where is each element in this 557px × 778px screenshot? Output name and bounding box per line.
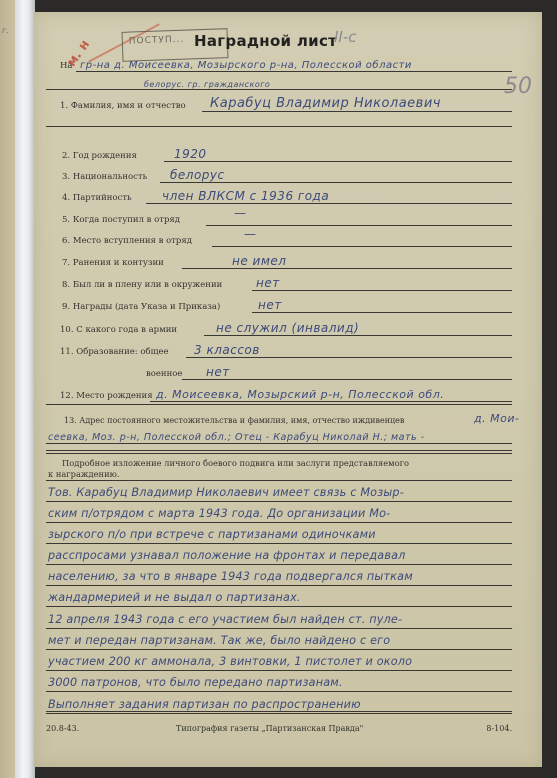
field-full-name: 1. Фамилия, имя и отчество Карабуц Влади… xyxy=(34,94,542,114)
underline xyxy=(204,335,512,336)
narrative-line: зырского п/о при встрече с партизанами о… xyxy=(46,523,512,544)
field-label: 10. С какого года в армии xyxy=(60,325,177,335)
recipient-value: гр-на д. Моисеевка, Мозырского р-на, Пол… xyxy=(80,60,412,71)
underline xyxy=(160,182,512,183)
field-value: не имел xyxy=(232,254,286,268)
narrative-header-2: к награждению. xyxy=(48,469,119,479)
field-label: 9. Награды (дата Указа и Приказа) xyxy=(62,302,220,312)
narrative-spacer xyxy=(46,711,512,712)
underline xyxy=(46,443,512,444)
field-label: 8. Был ли в плену или в окружении xyxy=(62,280,222,290)
field-label: 7. Ранения и контузии xyxy=(62,258,164,268)
field-label: 13. Адрес постоянного местожительства и … xyxy=(64,416,404,425)
field-value: сеевка, Моз. р-н, Полесской обл.; Отец -… xyxy=(48,432,425,443)
field-wounds: 7. Ранения и контузии не имел xyxy=(34,251,542,271)
narrative-line: 12 апреля 1943 года с его участием был н… xyxy=(46,608,512,629)
narrative-line: 3000 патронов, что было передано партиза… xyxy=(46,671,512,692)
field-birth-year: 2. Год рождения 1920 xyxy=(34,144,542,164)
field-education-general: 11. Образование: общее 3 классов xyxy=(34,340,542,360)
field-label: 3. Национальность xyxy=(62,172,147,182)
binding-strip xyxy=(15,0,35,778)
underline xyxy=(212,246,512,247)
field-value: не служил (инвалид) xyxy=(216,321,359,335)
field-label: военное xyxy=(146,369,182,379)
field-captivity: 8. Был ли в плену или в окружении нет xyxy=(34,273,542,293)
underline xyxy=(182,268,512,269)
field-joined-where: 6. Место вступления в отряд — xyxy=(34,229,542,249)
narrative-line: расспросами узнавал положение на фронтах… xyxy=(46,544,512,565)
award-sheet: м. н ПОСТУП... Наградной лист II-с 50 На… xyxy=(34,12,542,767)
narrative-line: ским п/отрядом с марта 1943 года. До орг… xyxy=(46,502,512,523)
narrative-header: Подробное изложение личного боевого подв… xyxy=(62,458,409,468)
divider xyxy=(46,404,512,405)
recipient-value-2: белорус. гр. гражданского xyxy=(144,80,270,89)
field-address: 13. Адрес постоянного местожительства и … xyxy=(34,408,542,428)
narrative-line: жандармерией и не выдал о партизанах. xyxy=(46,586,512,607)
form-code: 8-104. xyxy=(486,724,512,733)
print-date: 20.8-43. xyxy=(46,724,79,733)
field-value: д. Мои- xyxy=(474,412,519,425)
divider xyxy=(46,453,512,454)
field-value: член ВЛКСМ с 1936 года xyxy=(162,189,329,203)
field-army-since: 10. С какого года в армии не служил (инв… xyxy=(34,318,542,338)
narrative-line: мет и передан партизанам. Так же, было н… xyxy=(46,629,512,650)
field-label: 6. Место вступления в отряд xyxy=(62,236,192,246)
field-value: белорус xyxy=(170,168,225,182)
left-page-scribble: г. xyxy=(2,26,9,35)
field-label: 5. Когда поступил в отряд xyxy=(62,215,180,225)
underline xyxy=(146,203,512,204)
pencil-annotation: II-с xyxy=(334,28,357,46)
field-address-line2: сеевка, Моз. р-н, Полесской обл.; Отец -… xyxy=(34,426,542,446)
field-value: нет xyxy=(258,298,282,312)
underline xyxy=(202,111,512,112)
field-birthplace: 12. Место рождения д. Моисеевка, Мозырск… xyxy=(34,384,542,404)
divider xyxy=(46,450,512,451)
document-title: Наградной лист xyxy=(194,32,337,50)
print-footer: 20.8-43. Типография газеты „Партизанская… xyxy=(46,724,512,738)
field-value: 3 классов xyxy=(194,343,260,357)
recipient-label: На xyxy=(60,61,72,71)
underline xyxy=(186,357,512,358)
underline xyxy=(182,379,512,380)
narrative-line: населению, за что в январе 1943 года под… xyxy=(46,565,512,586)
field-awards: 9. Награды (дата Указа и Приказа) нет xyxy=(34,295,542,315)
underline xyxy=(206,225,512,226)
underline xyxy=(252,312,512,313)
narrative-line: Тов. Карабуц Владимир Николаевич имеет с… xyxy=(46,481,512,502)
field-value: — xyxy=(244,227,257,246)
stamp-text: ПОСТУП... xyxy=(129,35,185,47)
narrative-line: участием 200 кг аммонала, 3 винтовки, 1 … xyxy=(46,650,512,671)
field-value: — xyxy=(234,206,247,225)
field-label: 11. Образование: общее xyxy=(60,347,169,357)
field-value: 1920 xyxy=(174,147,207,161)
field-value: д. Моисеевка, Мозырский р-н, Полесской о… xyxy=(156,388,444,401)
recipient-row: На гр-на д. Моисеевка, Мозырского р-на, … xyxy=(34,54,542,74)
field-value: Карабуц Владимир Николаевич xyxy=(210,96,441,111)
underline xyxy=(164,161,512,162)
underline xyxy=(46,89,512,90)
field-label: 2. Год рождения xyxy=(62,151,137,161)
recipient-row-2: белорус. гр. гражданского xyxy=(34,72,542,92)
field-party: 4. Партийность член ВЛКСМ с 1936 года xyxy=(34,186,542,206)
field-education-military: военное нет xyxy=(34,362,542,382)
field-label: 1. Фамилия, имя и отчество xyxy=(60,101,186,111)
printer-name: Типография газеты „Партизанская Правда" xyxy=(176,724,363,733)
field-value: нет xyxy=(256,276,280,290)
field-value: нет xyxy=(206,365,230,379)
underline xyxy=(252,290,512,291)
field-nationality: 3. Национальность белорус xyxy=(34,165,542,185)
underline xyxy=(150,401,512,402)
field-label: 12. Место рождения xyxy=(60,391,153,401)
divider xyxy=(46,126,512,127)
field-joined-when: 5. Когда поступил в отряд — xyxy=(34,208,542,228)
field-label: 4. Партийность xyxy=(62,193,132,203)
